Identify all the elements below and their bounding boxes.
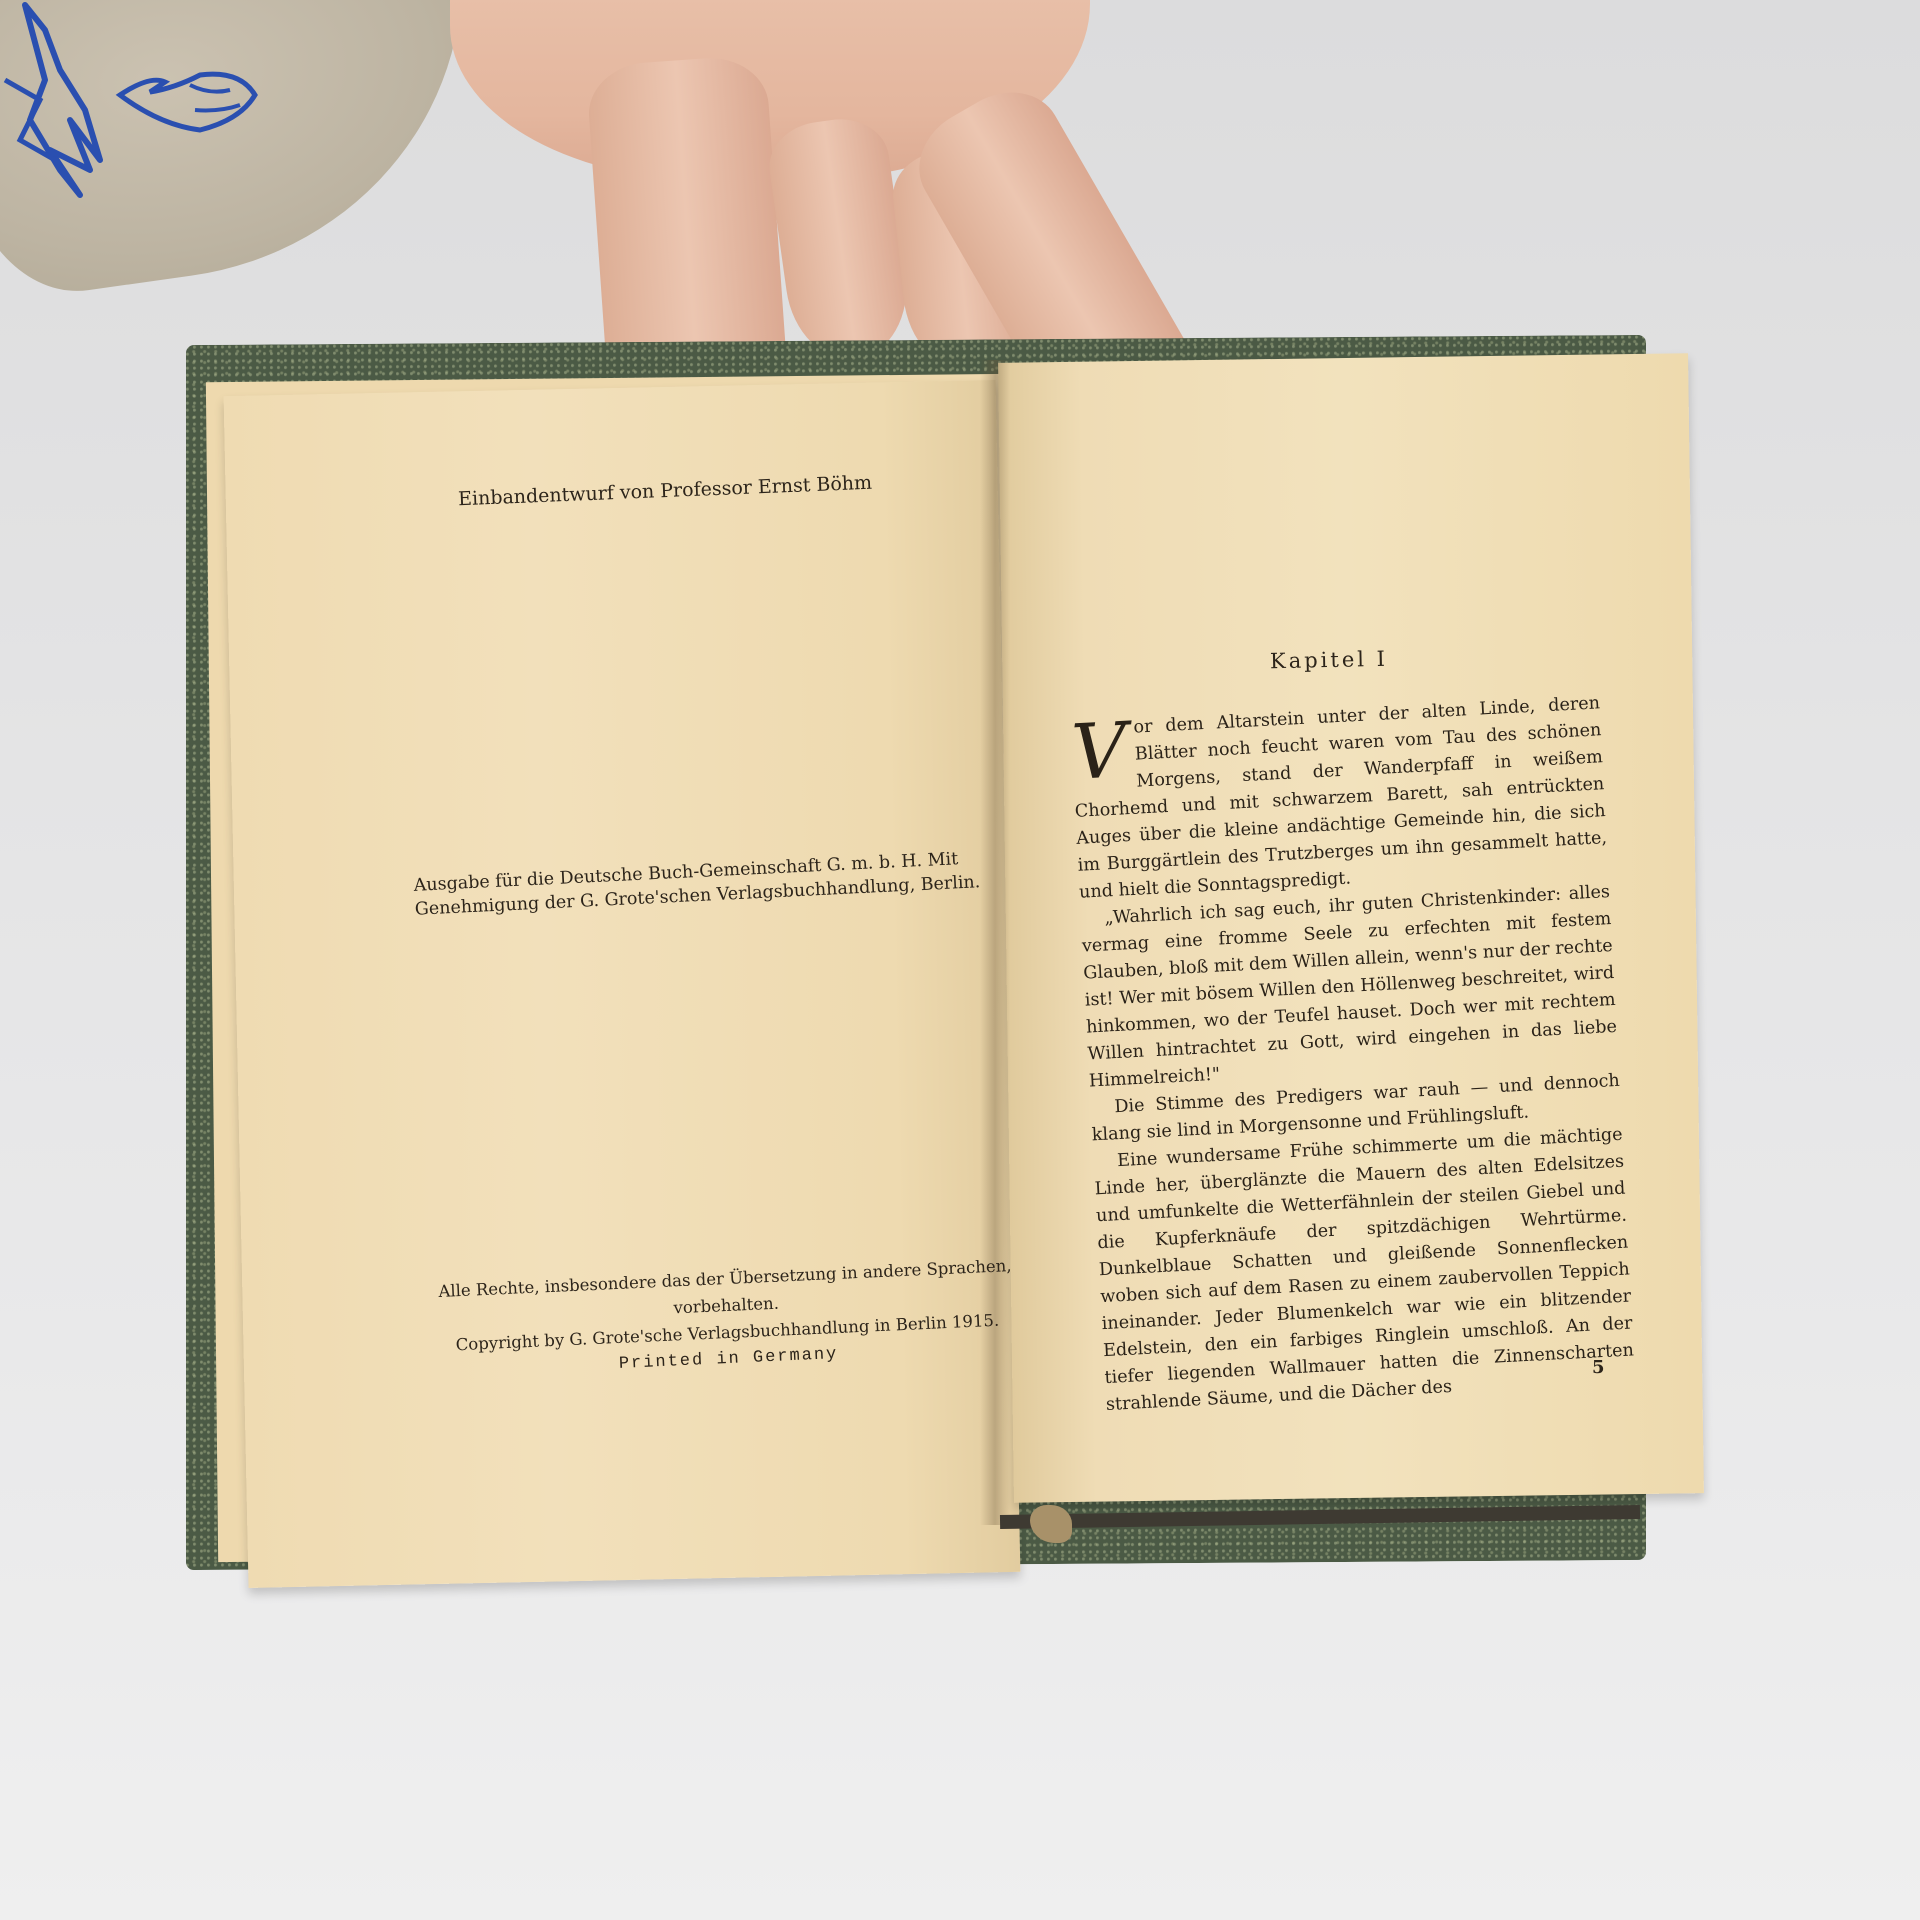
left-page	[224, 380, 1021, 1588]
paragraph: V or dem Altarstein unter der alten Lind…	[1070, 690, 1609, 906]
paragraph: „Wahrlich ich sag euch, ihr guten Christ…	[1080, 879, 1619, 1095]
blue-scribble-drawing	[0, 0, 300, 220]
drop-cap: V	[1070, 717, 1128, 786]
chapter-title: Kapitel I	[1270, 647, 1388, 673]
chapter-body-text: V or dem Altarstein unter der alten Lind…	[1070, 690, 1636, 1419]
paragraph-text: or dem Altarstein unter der alten Linde,…	[1074, 693, 1607, 902]
photo-scene: Einbandentwurf von Professor Ernst Böhm …	[0, 0, 1920, 1920]
page-number: 5	[1592, 1357, 1605, 1378]
paragraph: Eine wundersame Frühe schimmerte um die …	[1093, 1122, 1636, 1419]
